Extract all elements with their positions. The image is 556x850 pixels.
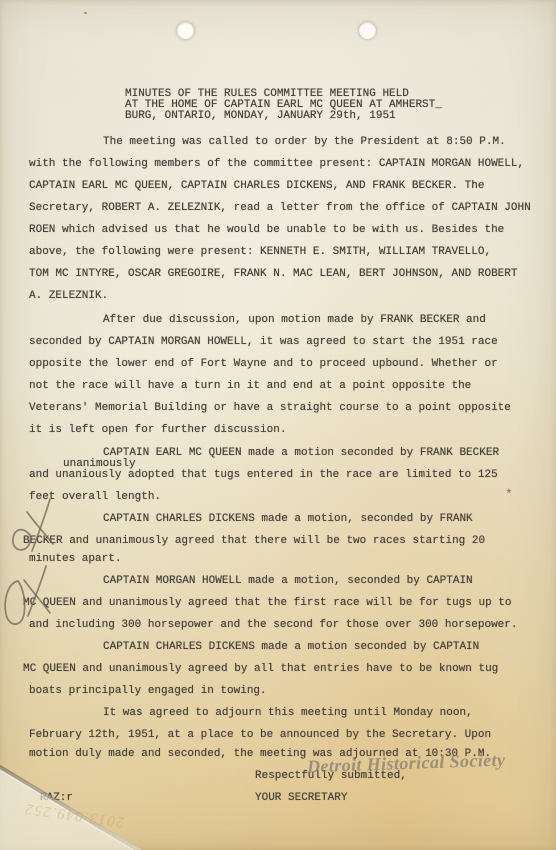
typed-line: February 12th, 1951, at a place to be an… bbox=[29, 729, 491, 741]
typed-line: minutes apart. bbox=[29, 553, 121, 565]
pencil-ok-mark-2 bbox=[5, 566, 50, 624]
typed-line: not the race will have a turn in it and … bbox=[29, 380, 471, 392]
typed-line: ROEN which advised us that he would be u… bbox=[29, 224, 504, 236]
typed-line: CAPTAIN MORGAN HOWELL made a motion, sec… bbox=[103, 575, 473, 587]
typed-line: CAPTAIN CHARLES DICKENS made a motion, s… bbox=[103, 513, 473, 525]
punch-hole-left bbox=[177, 22, 194, 39]
typed-line: and including 300 horsepower and the sec… bbox=[29, 619, 517, 631]
typed-line: Secretary, ROBERT A. ZELEZNIK, read a le… bbox=[29, 202, 531, 214]
typed-line: above, the following were present: KENNE… bbox=[29, 246, 491, 258]
typed-line: It was agreed to adjourn this meeting un… bbox=[103, 707, 473, 719]
typed-line: feet overall length. bbox=[29, 491, 161, 503]
paper-speck bbox=[84, 12, 87, 14]
typed-line: MC QUEEN and unanimously agreed that the… bbox=[23, 597, 511, 609]
typed-line: CAPTAIN CHARLES DICKENS made a motion se… bbox=[103, 641, 479, 653]
typed-line: boats principally engaged in towing. bbox=[29, 685, 267, 697]
typed-line: CAPTAIN EARL MC QUEEN made a motion seco… bbox=[103, 447, 499, 459]
typed-line: and unaniously adopted that tugs entered… bbox=[29, 469, 498, 481]
typed-line: Veterans' Memorial Building or have a st… bbox=[29, 402, 511, 414]
typed-line: opposite the lower end of Fort Wayne and… bbox=[29, 358, 498, 370]
typed-line: CAPTAIN EARL MC QUEEN, CAPTAIN CHARLES D… bbox=[29, 180, 484, 192]
typed-line: it is left open for further discussion. bbox=[29, 424, 286, 436]
typed-line: After due discussion, upon motion made b… bbox=[103, 314, 486, 326]
typed-line: BURG, ONTARIO, MONDAY, JANUARY 29th, 195… bbox=[125, 110, 396, 122]
typed-line: TOM MC INTYRE, OSCAR GREGOIRE, FRANK N. … bbox=[29, 268, 517, 280]
margin-asterisk: * bbox=[505, 487, 513, 502]
typed-line: MC QUEEN and unanimously agreed by all t… bbox=[23, 663, 498, 675]
punch-hole-right bbox=[359, 22, 376, 39]
typed-line: seconded by CAPTAIN MORGAN HOWELL, it wa… bbox=[29, 336, 498, 348]
typed-line: BECKER and unanimously agreed that there… bbox=[23, 535, 485, 547]
typed-line: with the following members of the commit… bbox=[29, 158, 524, 170]
typed-line: A. ZELEZNIK. bbox=[29, 290, 108, 302]
scanned-document-page: MINUTES OF THE RULES COMMITTEE MEETING H… bbox=[0, 0, 556, 850]
typed-line: YOUR SECRETARY bbox=[255, 792, 347, 804]
typed-line: The meeting was called to order by the P… bbox=[103, 136, 506, 148]
